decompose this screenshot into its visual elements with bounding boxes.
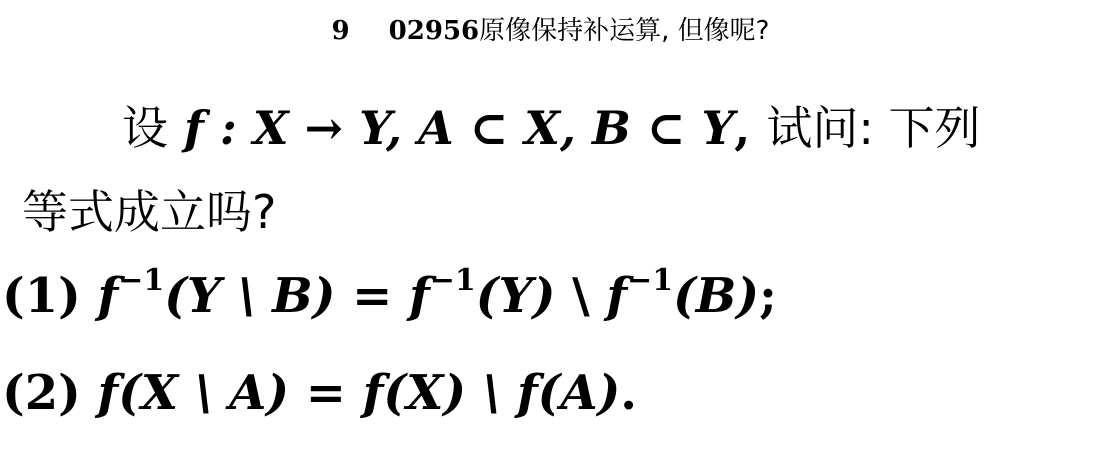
problem-title: 原像保持补运算, 但像呢? bbox=[479, 16, 769, 46]
equation-1-r2-sup: −1 bbox=[627, 263, 673, 298]
equation-1-r2-func: f bbox=[606, 268, 627, 324]
equation-2: (2) f(X \ A) = f(X) \ f(A). bbox=[2, 365, 637, 421]
statement-question: 试问: 下列 bbox=[766, 101, 980, 155]
equation-1-setminus: \ bbox=[572, 268, 590, 324]
equation-2-rhs: f(X) \ f(A) bbox=[363, 365, 621, 421]
equation-2-lhs: f(X \ A) bbox=[98, 365, 290, 421]
equation-1-r1-sup: −1 bbox=[430, 263, 476, 298]
equation-2-end: . bbox=[620, 365, 637, 421]
problem-code: 02956 bbox=[389, 16, 479, 46]
equation-1-label: (1) bbox=[2, 268, 81, 324]
equation-1-lhs-func: f bbox=[98, 268, 119, 324]
problem-statement-line-2: 等式成立吗? bbox=[22, 176, 276, 242]
equation-1-lhs-arg: (Y \ B) bbox=[164, 268, 335, 324]
equation-1: (1) f−1(Y \ B) = f−1(Y) \ f−1(B); bbox=[2, 268, 777, 324]
equation-2-equals: = bbox=[306, 365, 346, 421]
equation-1-r1-func: f bbox=[409, 268, 430, 324]
equation-2-label: (2) bbox=[2, 365, 81, 421]
problem-statement-line-1: 设 f : X → Y, A ⊂ X, B ⊂ Y, 试问: 下列 bbox=[122, 92, 980, 158]
equation-1-equals: = bbox=[352, 268, 392, 324]
equation-1-r1-arg: (Y) bbox=[476, 268, 556, 324]
statement-sep: , bbox=[734, 101, 750, 155]
statement-math: f : X → Y, A ⊂ X, B ⊂ Y bbox=[184, 101, 734, 155]
problem-header: 9 02956原像保持补运算, 但像呢? bbox=[0, 10, 1101, 47]
equation-1-lhs-sup: −1 bbox=[118, 263, 164, 298]
statement-prefix: 设 bbox=[122, 101, 168, 155]
equation-1-end: ; bbox=[759, 268, 777, 324]
problem-number: 9 bbox=[332, 16, 350, 46]
equation-1-r2-arg: (B) bbox=[673, 268, 759, 324]
statement-question-cont: 等式成立吗? bbox=[22, 185, 276, 239]
